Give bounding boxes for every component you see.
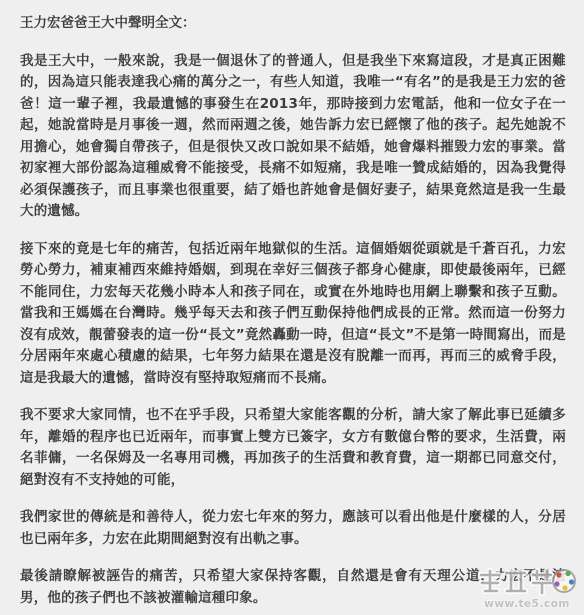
paragraph: 我不要求大家同情，也不在乎手段，只希望大家能客觀的分析，請大家了解此事已延續多年…: [20, 405, 566, 491]
statement-document: 王力宏爸爸王大中聲明全文： 我是王大中，一般來說，我是一個退休了的普通人，但是我…: [0, 0, 584, 609]
paragraph: 最後請瞭解被誣告的痛苦，只希望大家保持客觀，自然還是會有天理公道，力宏不是渣男，…: [20, 566, 566, 609]
statement-page: 王力宏爸爸王大中聲明全文： 我是王大中，一般來說，我是一個退休了的普通人，但是我…: [0, 0, 584, 615]
paragraph-list: 我是王大中，一般來說，我是一個退休了的普通人，但是我坐下來寫這段，才是真正困難的…: [20, 51, 566, 610]
paragraph: 我們家世的傳統是和善待人，從力宏七年來的努力，應該可以看出他是什麼樣的人，分居也…: [20, 507, 566, 550]
paragraph: 接下來的竟是七年的痛苦，包括近兩年地獄似的生活。這個婚姻從頭就是千蒼百孔，力宏勞…: [20, 239, 566, 390]
paragraph: 我是王大中，一般來說，我是一個退休了的普通人，但是我坐下來寫這段，才是真正困難的…: [20, 51, 566, 223]
document-title: 王力宏爸爸王大中聲明全文：: [20, 13, 566, 35]
